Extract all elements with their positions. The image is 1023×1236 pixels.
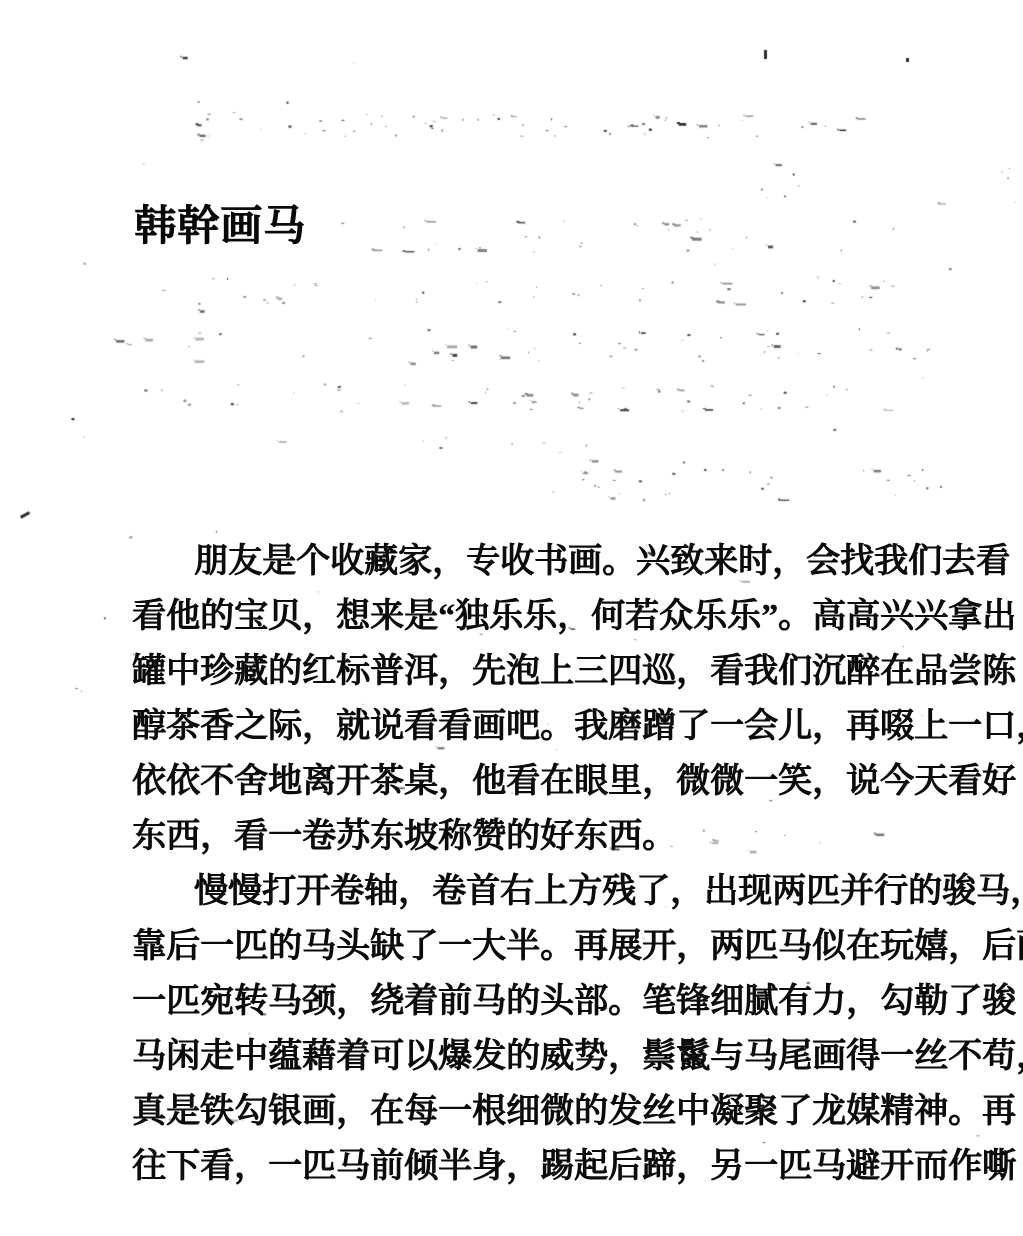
text-line: 罐中珍藏的红标普洱，先泡上三四巡，看我们沉醉在品尝陈 [132,644,904,699]
scanned-book-page: 韩幹画马 朋友是个收藏家，专收书画。兴致来时，会找我们去看 看他的宝贝，想来是“… [0,0,1023,1236]
text-line: 慢慢打开卷轴，卷首右上方残了，出现两匹并行的骏马， [132,864,904,919]
text-line: 看他的宝贝，想来是“独乐乐，何若众乐乐”。高高兴兴拿出 [132,589,904,644]
text-line: 马闲走中蕴藉着可以爆发的威势，鬃鬣与马尾画得一丝不苟， [132,1029,904,1084]
article-body: 朋友是个收藏家，专收书画。兴致来时，会找我们去看 看他的宝贝，想来是“独乐乐，何… [132,534,904,1194]
text-line: 往下看，一匹马前倾半身，踢起后蹄，另一匹马避开而作嘶 [132,1139,904,1194]
text-line: 靠后一匹的马头缺了一大半。再展开，两匹马似在玩嬉，后面 [132,919,904,974]
text-line: 依依不舍地离开茶桌，他看在眼里，微微一笑，说今天看好 [132,754,904,809]
article-title: 韩幹画马 [134,201,306,253]
text-line: 朋友是个收藏家，专收书画。兴致来时，会找我们去看 [132,534,904,589]
text-line: 一匹宛转马颈，绕着前马的头部。笔锋细腻有力，勾勒了骏 [132,974,904,1029]
text-line: 真是铁勾银画，在每一根细微的发丝中凝聚了龙媒精神。再 [132,1084,904,1139]
text-line: 东西，看一卷苏东坡称赞的好东西。 [132,809,904,864]
text-line: 醇茶香之际，就说看看画吧。我磨蹭了一会儿，再啜上一口， [132,699,904,754]
